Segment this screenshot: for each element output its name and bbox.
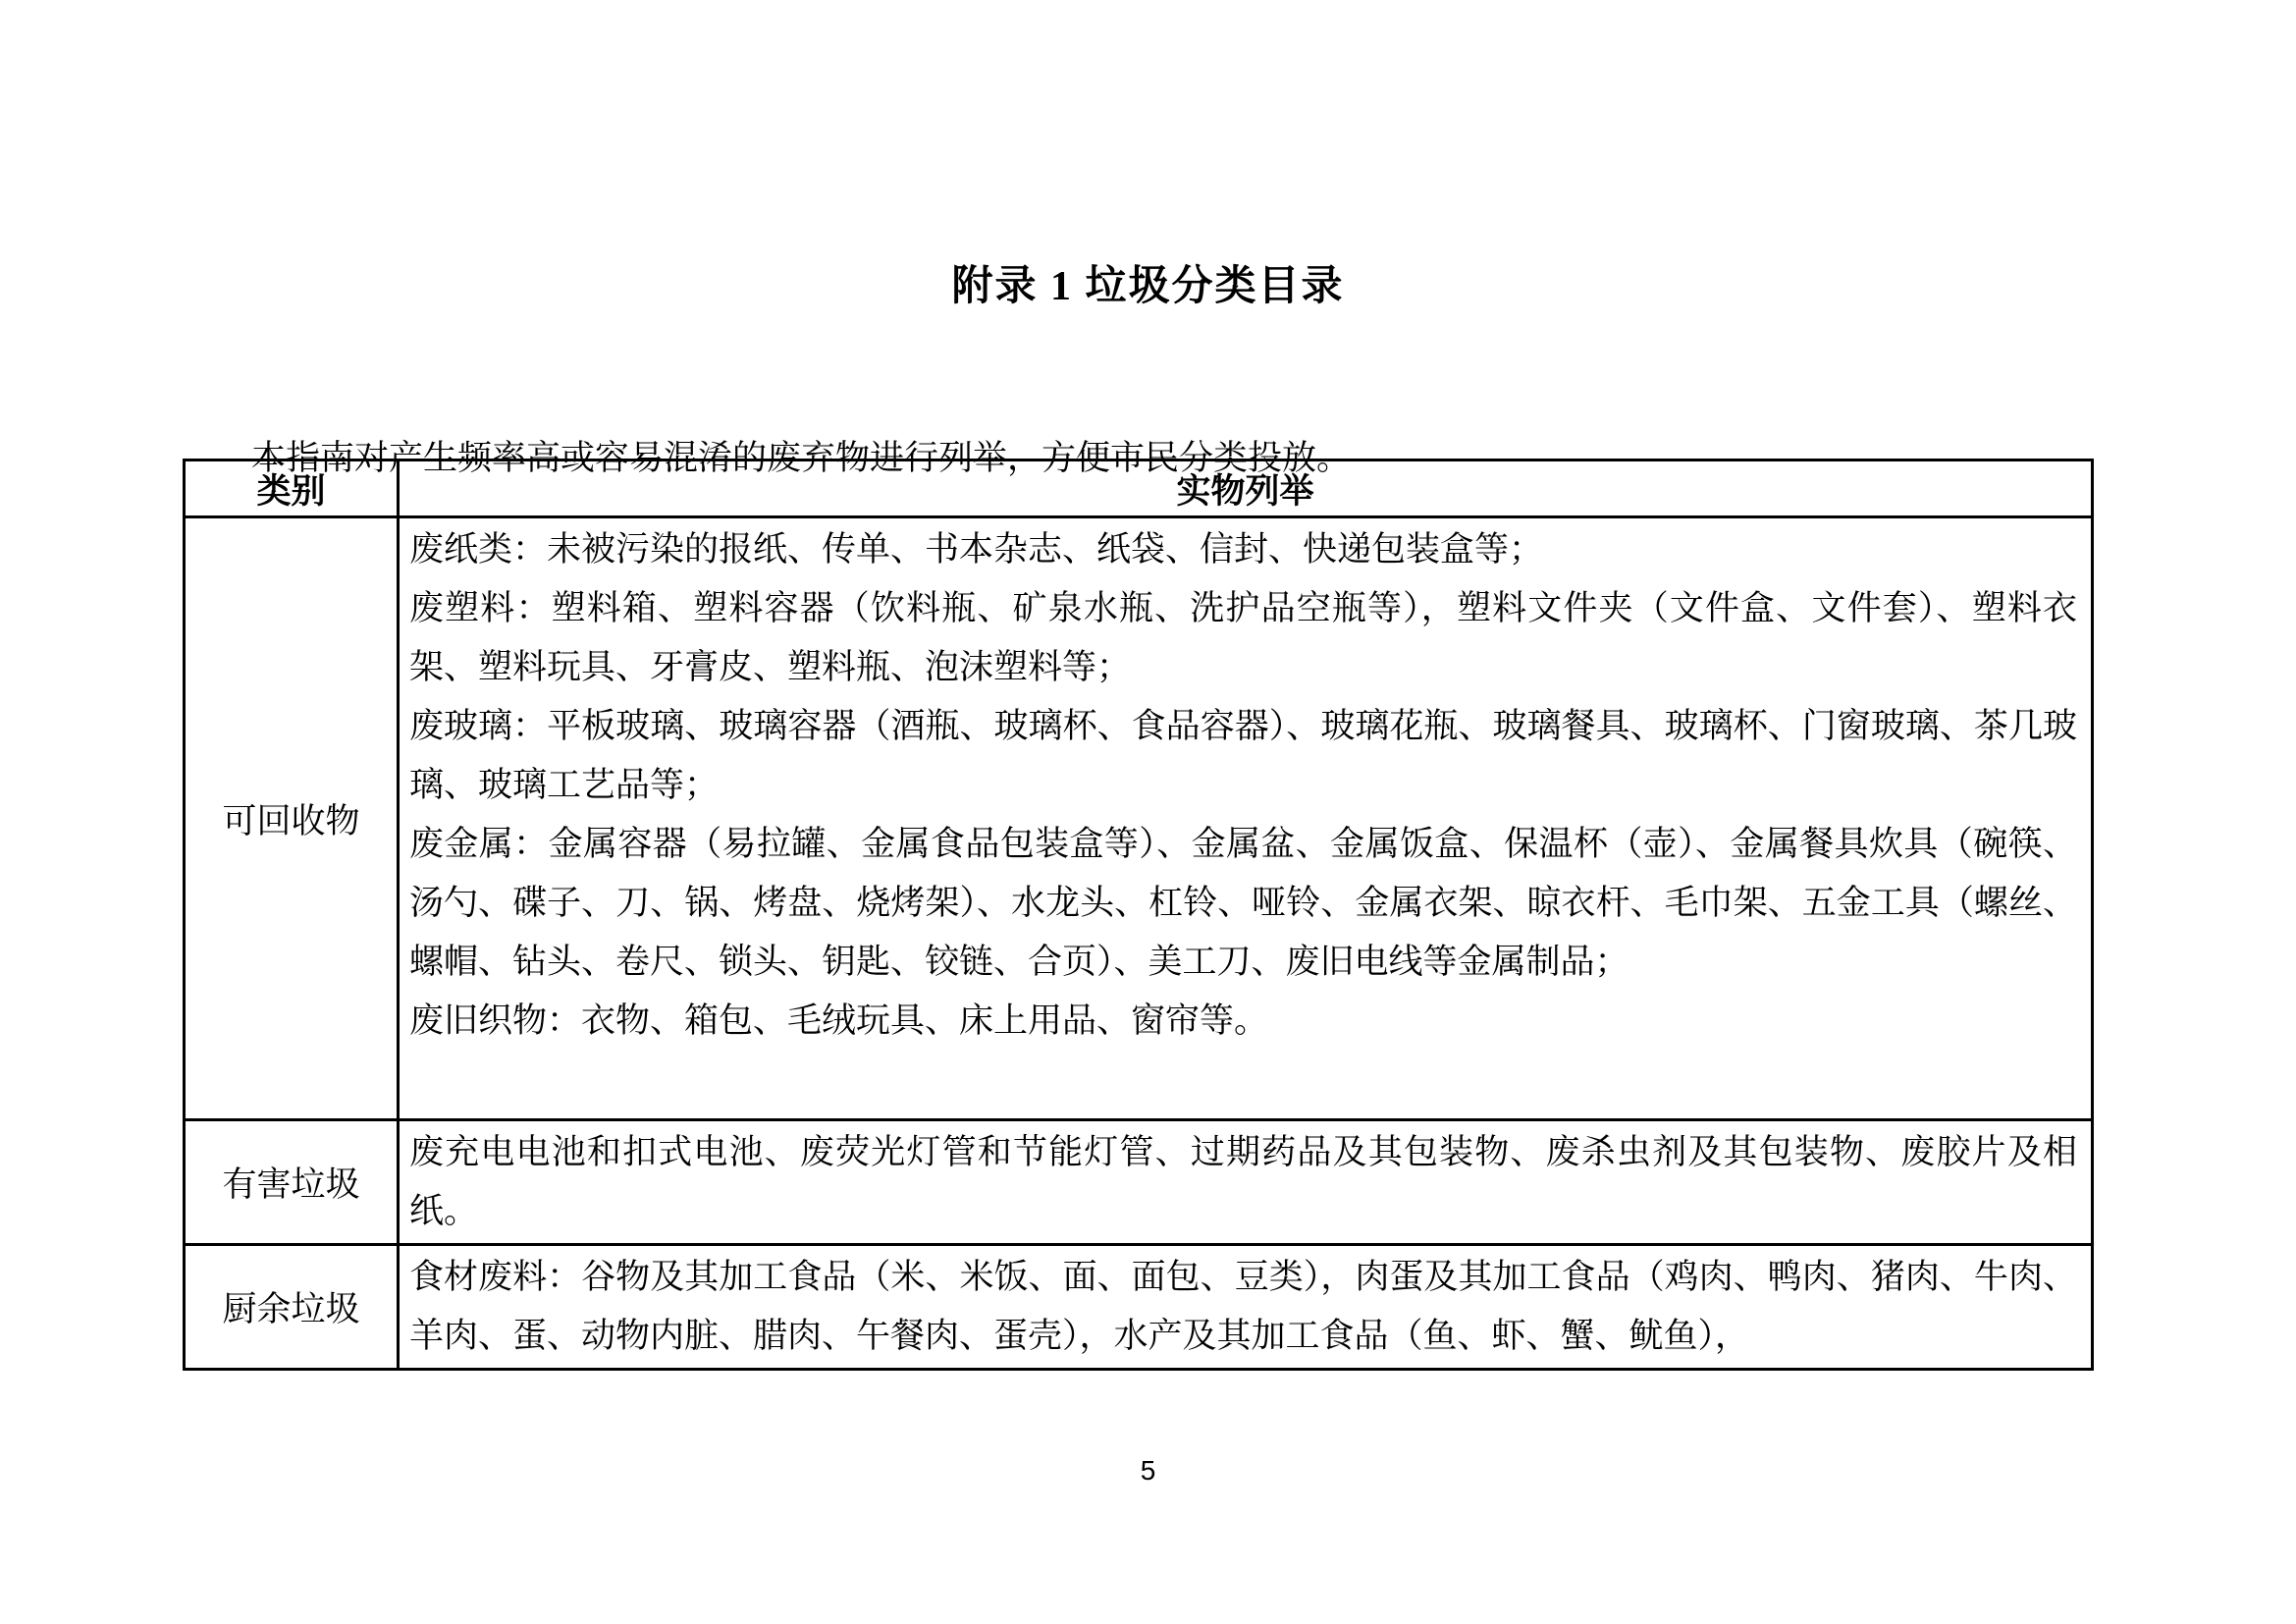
page-number: 5 (0, 1455, 2296, 1487)
example-paragraph-waste-paper: 废纸类：未被污染的报纸、传单、书本杂志、纸袋、信封、快递包装盒等； (409, 520, 2077, 579)
examples-cell-hazardous: 废充电电池和扣式电池、废荧光灯管和节能灯管、过期药品及其包装物、废杀虫剂及其包装… (399, 1120, 2093, 1245)
table-row-hazardous: 有害垃圾 废充电电池和扣式电池、废荧光灯管和节能灯管、过期药品及其包装物、废杀虫… (185, 1120, 2093, 1245)
table-header-row: 类别 实物列举 (185, 460, 2093, 517)
example-paragraph-waste-textile: 废旧织物：衣物、箱包、毛绒玩具、床上用品、窗帘等。 (409, 992, 2077, 1051)
examples-cell-recyclable: 废纸类：未被污染的报纸、传单、书本杂志、纸袋、信封、快递包装盒等； 废塑料：塑料… (399, 517, 2093, 1120)
document-title: 附录 1 垃圾分类目录 (0, 253, 2296, 312)
classification-table: 类别 实物列举 可回收物 废纸类：未被污染的报纸、传单、书本杂志、纸袋、信封、快… (183, 459, 2094, 1371)
example-paragraph-waste-glass: 废玻璃：平板玻璃、玻璃容器（酒瓶、玻璃杯、食品容器）、玻璃花瓶、玻璃餐具、玻璃杯… (409, 697, 2077, 815)
examples-cell-kitchen: 食材废料：谷物及其加工食品（米、米饭、面、面包、豆类），肉蛋及其加工食品（鸡肉、… (399, 1245, 2093, 1370)
category-cell-hazardous: 有害垃圾 (185, 1120, 399, 1245)
example-paragraph-hazardous: 废充电电池和扣式电池、废荧光灯管和节能灯管、过期药品及其包装物、废杀虫剂及其包装… (409, 1123, 2077, 1241)
classification-table-container: 类别 实物列举 可回收物 废纸类：未被污染的报纸、传单、书本杂志、纸袋、信封、快… (183, 459, 2094, 1371)
column-header-examples: 实物列举 (399, 460, 2093, 517)
category-cell-recyclable: 可回收物 (185, 517, 399, 1120)
example-paragraph-waste-plastic: 废塑料：塑料箱、塑料容器（饮料瓶、矿泉水瓶、洗护品空瓶等），塑料文件夹（文件盒、… (409, 579, 2077, 697)
table-row-kitchen: 厨余垃圾 食材废料：谷物及其加工食品（米、米饭、面、面包、豆类），肉蛋及其加工食… (185, 1245, 2093, 1370)
table-row-recyclable: 可回收物 废纸类：未被污染的报纸、传单、书本杂志、纸袋、信封、快递包装盒等； 废… (185, 517, 2093, 1120)
category-cell-kitchen: 厨余垃圾 (185, 1245, 399, 1370)
example-paragraph-kitchen: 食材废料：谷物及其加工食品（米、米饭、面、面包、豆类），肉蛋及其加工食品（鸡肉、… (409, 1248, 2077, 1366)
example-paragraph-waste-metal: 废金属：金属容器（易拉罐、金属食品包装盒等）、金属盆、金属饭盒、保温杯（壶）、金… (409, 815, 2077, 992)
column-header-category: 类别 (185, 460, 399, 517)
